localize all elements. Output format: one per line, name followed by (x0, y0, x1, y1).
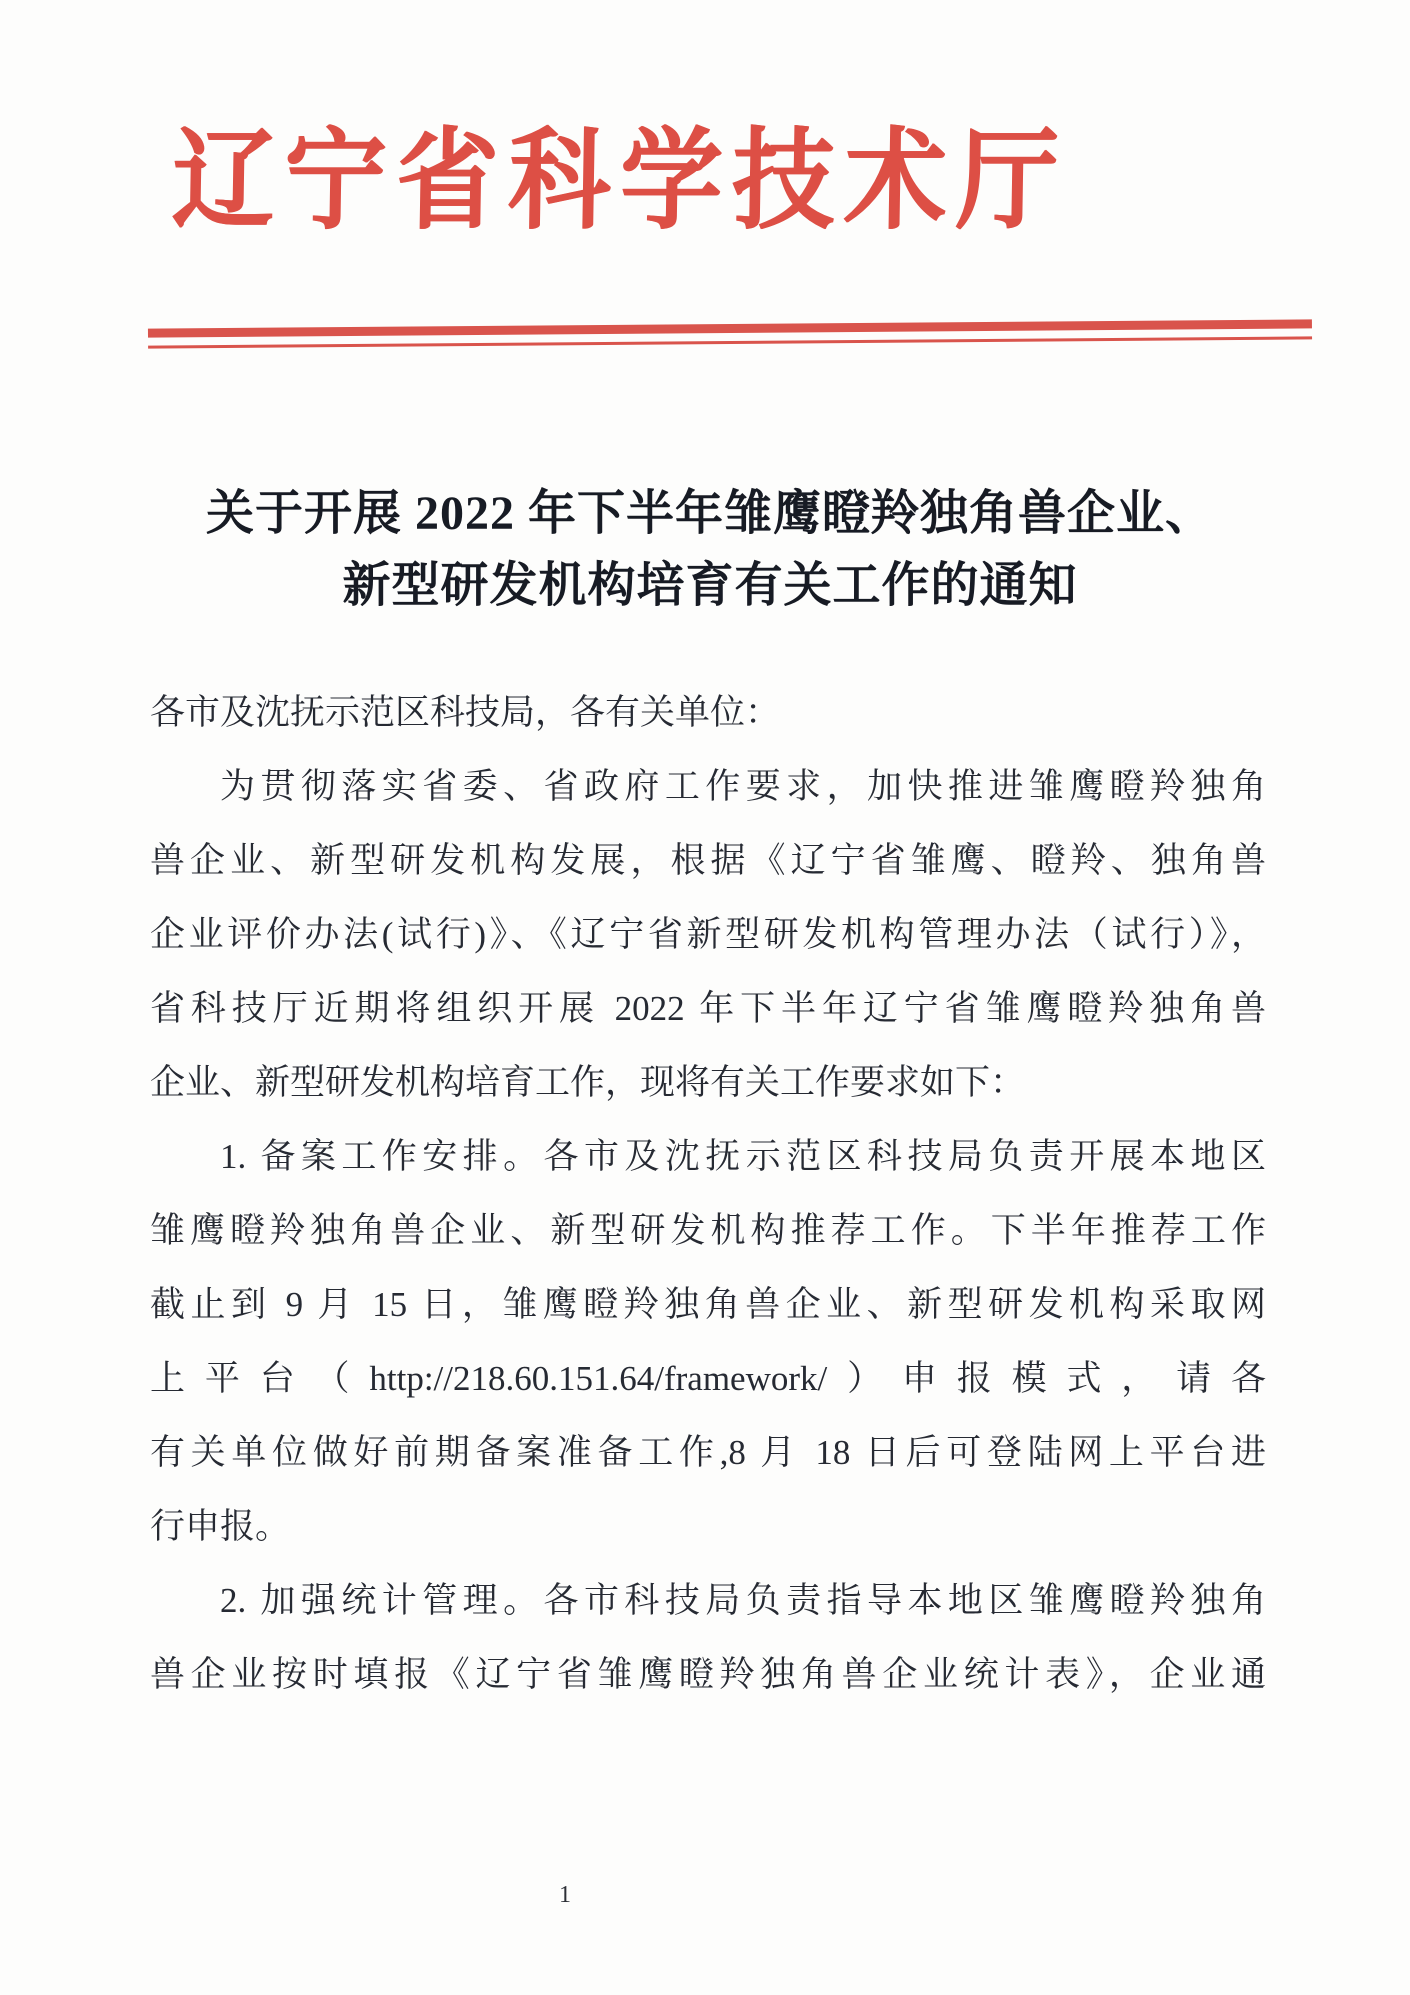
document-title-line2: 新型研发机构培育有关工作的通知 (342, 559, 1077, 612)
body-line: 各市及沈抚示范区科技局，各有关单位： (150, 676, 1266, 750)
body-line: 截止到 9 月 15 日，雏鹰瞪羚独角兽企业、新型研发机构采取网 (150, 1268, 1266, 1342)
body-line: 行申报。 (150, 1490, 1266, 1564)
body-line: 省科技厅近期将组织开展 2022 年下半年辽宁省雏鹰瞪羚独角兽 (150, 972, 1266, 1046)
page-number: 1 (150, 1882, 980, 1909)
document-title-line1: 关于开展 2022 年下半年雏鹰瞪羚独角兽企业、 (206, 487, 1214, 540)
red-divider-thick-line (148, 319, 1312, 337)
agency-letterhead: 辽宁省科学技术厅 (59, 93, 1182, 271)
body-line: 兽企业、新型研发机构发展，根据《辽宁省雏鹰、瞪羚、独角兽 (150, 824, 1266, 898)
body-line: 为贯彻落实省委、省政府工作要求，加快推进雏鹰瞪羚独角 (150, 750, 1266, 824)
document-page: 辽宁省科学技术厅 关于开展 2022 年下半年雏鹰瞪羚独角兽企业、 新型研发机构… (0, 0, 1410, 1995)
body-line: 有关单位做好前期备案准备工作,8 月 18 日后可登陆网上平台进 (150, 1416, 1266, 1490)
body-line: 上平台（http://218.60.151.64/framework/）申报模式… (150, 1342, 1266, 1416)
body-line: 企业评价办法(试行)》、《辽宁省新型研发机构管理办法（试行）》， (150, 898, 1266, 972)
document-body: 各市及沈抚示范区科技局，各有关单位：为贯彻落实省委、省政府工作要求，加快推进雏鹰… (150, 676, 1266, 1712)
red-divider-thin-line (148, 336, 1312, 348)
body-line: 雏鹰瞪羚独角兽企业、新型研发机构推荐工作。下半年推荐工作 (150, 1194, 1266, 1268)
body-line: 2. 加强统计管理。各市科技局负责指导本地区雏鹰瞪羚独角 (150, 1564, 1266, 1638)
body-line: 1. 备案工作安排。各市及沈抚示范区科技局负责开展本地区 (150, 1120, 1266, 1194)
document-title: 关于开展 2022 年下半年雏鹰瞪羚独角兽企业、 新型研发机构培育有关工作的通知 (145, 478, 1275, 622)
red-divider (148, 319, 1312, 348)
body-line: 企业、新型研发机构培育工作，现将有关工作要求如下： (150, 1046, 1266, 1120)
body-line: 兽企业按时填报《辽宁省雏鹰瞪羚独角兽企业统计表》，企业通 (150, 1638, 1266, 1712)
